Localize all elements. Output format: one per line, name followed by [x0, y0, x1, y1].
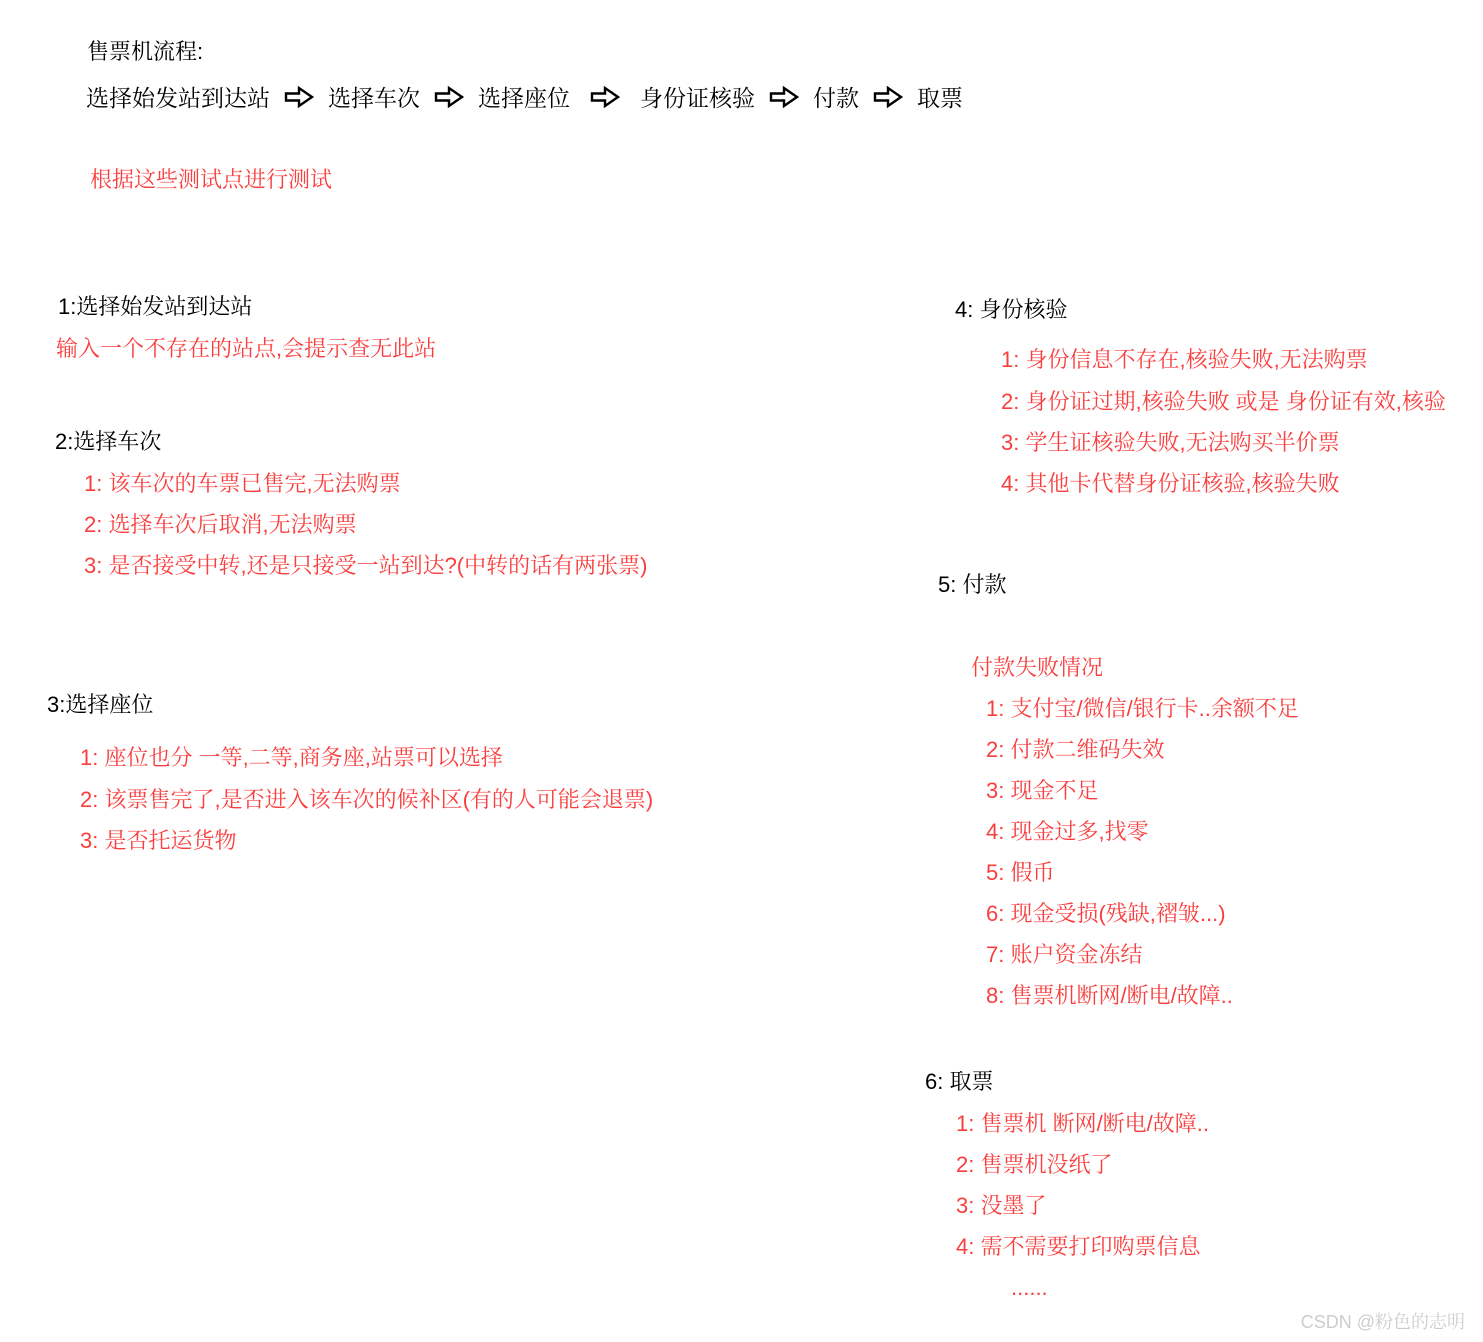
section-6-item: 2: 售票机没纸了	[956, 1151, 1112, 1179]
section-5-item: 4: 现金过多,找零	[986, 818, 1149, 846]
section-5-item: 6: 现金受损(残缺,褶皱...)	[986, 900, 1226, 928]
section-6-ellipsis: ......	[1011, 1274, 1048, 1302]
section-5-heading: 5: 付款	[938, 571, 1006, 599]
section-6-item: 3: 没墨了	[956, 1192, 1046, 1220]
section-6-item: 4: 需不需要打印购票信息	[956, 1233, 1200, 1261]
section-2-heading: 2:选择车次	[55, 428, 161, 456]
flow-arrow-icon	[768, 84, 800, 110]
process-flow: 选择始发站到达站 选择车次 选择座位 身份证核验 付款 取票	[86, 80, 963, 113]
section-4-item: 3: 学生证核验失败,无法购买半价票	[1001, 429, 1340, 457]
flow-step-seat: 选择座位	[478, 80, 570, 113]
section-4-item: 4: 其他卡代替身份证核验,核验失败	[1001, 470, 1340, 498]
section-5-item: 5: 假币	[986, 859, 1054, 887]
section-4-item: 2: 身份证过期,核验失败 或是 身份证有效,核验	[1001, 388, 1446, 416]
section-2-item: 2: 选择车次后取消,无法购票	[84, 511, 357, 539]
flow-step-train-number: 选择车次	[328, 80, 420, 113]
page-title: 售票机流程:	[87, 38, 203, 66]
section-3-heading: 3:选择座位	[47, 691, 153, 719]
flow-step-id-check: 身份证核验	[640, 80, 755, 113]
section-2-item: 3: 是否接受中转,还是只接受一站到达?(中转的话有两张票)	[84, 552, 647, 580]
csdn-watermark: CSDN @粉色的志明	[1301, 1308, 1465, 1334]
section-3-item: 3: 是否托运货物	[80, 827, 236, 855]
section-5-item: 3: 现金不足	[986, 777, 1098, 805]
section-6-heading: 6: 取票	[925, 1068, 993, 1096]
flow-arrow-icon	[283, 84, 315, 110]
section-1-item: 输入一个不存在的站点,会提示查无此站	[56, 335, 436, 363]
flow-arrow-icon	[872, 84, 904, 110]
test-note: 根据这些测试点进行测试	[90, 166, 332, 194]
section-5-item: 1: 支付宝/微信/银行卡..余额不足	[986, 695, 1299, 723]
section-3-item: 1: 座位也分 一等,二等,商务座,站票可以选择	[80, 744, 503, 772]
section-4-heading: 4: 身份核验	[955, 296, 1067, 324]
section-5-subheading: 付款失败情况	[971, 654, 1103, 682]
flow-arrow-icon	[433, 84, 465, 110]
section-2-item: 1: 该车次的车票已售完,无法购票	[84, 470, 401, 498]
flow-step-pay: 付款	[813, 80, 859, 113]
section-5-item: 2: 付款二维码失效	[986, 736, 1164, 764]
flow-step-start-end-station: 选择始发站到达站	[86, 80, 270, 113]
flow-arrow-icon	[589, 84, 621, 110]
section-6-item: 1: 售票机 断网/断电/故障..	[956, 1110, 1209, 1138]
section-1-heading: 1:选择始发站到达站	[58, 293, 252, 321]
section-5-item: 8: 售票机断网/断电/故障..	[986, 982, 1233, 1010]
section-3-item: 2: 该票售完了,是否进入该车次的候补区(有的人可能会退票)	[80, 786, 653, 814]
flow-step-get-ticket: 取票	[917, 80, 963, 113]
section-4-item: 1: 身份信息不存在,核验失败,无法购票	[1001, 346, 1368, 374]
section-5-item: 7: 账户资金冻结	[986, 941, 1142, 969]
